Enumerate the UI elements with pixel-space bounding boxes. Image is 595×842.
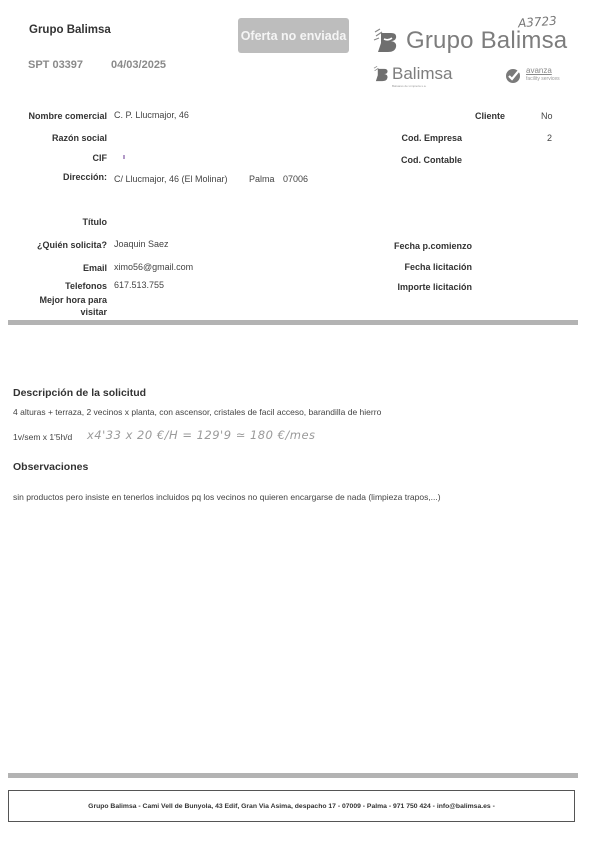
cliente-value: No bbox=[541, 111, 553, 121]
section-divider-top bbox=[8, 320, 578, 325]
nombre-comercial-value: C. P. Llucmajor, 46 bbox=[114, 110, 189, 120]
mejor-hora-label-line1: Mejor hora para bbox=[39, 295, 107, 305]
avanza-logo: avanza facility services bbox=[505, 66, 560, 84]
status-badge: Oferta no enviada bbox=[238, 18, 349, 53]
telefonos-label: Telefonos bbox=[65, 281, 107, 291]
balimsa-logo-text: Balimsa bbox=[392, 64, 452, 84]
direccion-city: Palma bbox=[249, 174, 275, 184]
description-title: Descripción de la solicitud bbox=[13, 387, 146, 399]
cif-value-mark bbox=[123, 155, 125, 159]
cif-label: CIF bbox=[93, 153, 108, 163]
direccion-label: Dirección: bbox=[63, 172, 107, 182]
section-divider-bottom bbox=[8, 773, 578, 778]
direccion-value: C/ Llucmajor, 46 (El Molinar) bbox=[114, 174, 228, 184]
importe-licitacion-label: Importe licitación bbox=[397, 282, 472, 292]
balimsa-b-logo-icon bbox=[372, 27, 400, 55]
avanza-subtitle: facility services bbox=[526, 75, 560, 83]
avanza-title: avanza bbox=[526, 67, 560, 75]
grupo-balimsa-logo: Grupo Balimsa bbox=[372, 26, 572, 56]
email-value: ximo56@gmail.com bbox=[114, 262, 193, 272]
quien-solicita-label: ¿Quién solicita? bbox=[37, 240, 107, 250]
footer-contact-text: Grupo Balimsa - Cami Vell de Bunyola, 43… bbox=[88, 803, 495, 810]
description-line1: 4 alturas + terraza, 2 vecinos x planta,… bbox=[13, 407, 381, 417]
handwritten-code: A3723 bbox=[518, 14, 558, 31]
document-date: 04/03/2025 bbox=[111, 59, 166, 71]
cod-contable-label: Cod. Contable bbox=[401, 155, 462, 165]
reference-number: SPT 03397 bbox=[28, 59, 83, 71]
direccion-postal-code: 07006 bbox=[283, 174, 308, 184]
nombre-comercial-label: Nombre comercial bbox=[28, 111, 107, 121]
handwritten-calculation: x4'33 x 20 €/H = 129'9 ≃ 180 €/mes bbox=[87, 428, 316, 442]
footer-box: Grupo Balimsa - Cami Vell de Bunyola, 43… bbox=[8, 790, 575, 822]
balimsa-logo-subtitle: Balsares de Limpieza s.a. bbox=[392, 84, 426, 88]
cod-empresa-value: 2 bbox=[547, 133, 552, 143]
titulo-label: Título bbox=[83, 217, 108, 227]
cod-empresa-label: Cod. Empresa bbox=[401, 133, 462, 143]
razon-social-label: Razón social bbox=[52, 133, 107, 143]
quien-solicita-value: Joaquin Saez bbox=[114, 239, 169, 249]
logo-text: Grupo Balimsa bbox=[406, 27, 567, 55]
avanza-check-icon bbox=[505, 66, 523, 84]
telefonos-value: 617.513.755 bbox=[114, 280, 164, 290]
fecha-comienzo-label: Fecha p.comienzo bbox=[394, 241, 472, 251]
mejor-hora-label-line2: visitar bbox=[80, 307, 107, 317]
email-label: Email bbox=[83, 263, 107, 273]
observations-text: sin productos pero insiste en tenerlos i… bbox=[13, 492, 441, 502]
cliente-label: Cliente bbox=[475, 111, 505, 121]
observations-title: Observaciones bbox=[13, 461, 88, 473]
balimsa-logo: Balimsa Balsares de Limpieza s.a. bbox=[372, 64, 452, 84]
company-name: Grupo Balimsa bbox=[29, 24, 111, 36]
fecha-licitacion-label: Fecha licitación bbox=[404, 262, 472, 272]
description-line2: 1v/sem x 1'5h/d bbox=[13, 432, 72, 442]
balimsa-b-small-icon bbox=[372, 65, 390, 83]
